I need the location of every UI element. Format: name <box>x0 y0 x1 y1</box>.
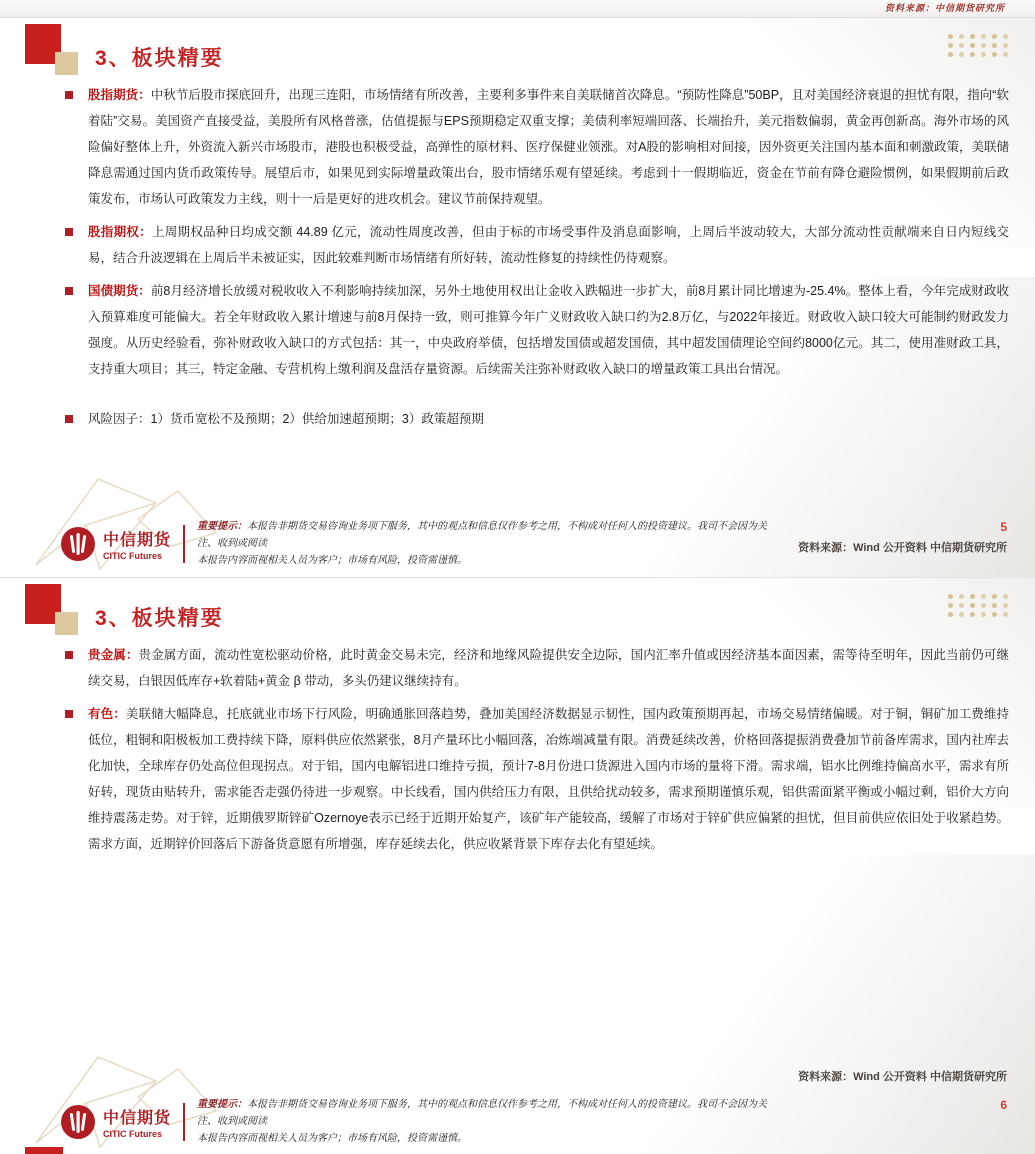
page-content: 股指期货：中秋节后股市探底回升，出现三连阳，市场情绪有所改善，主要利多事件来自美… <box>0 74 1035 432</box>
data-source: 资料来源：Wind 公开资料 中信期货研究所 <box>782 539 1007 555</box>
page-content: 贵金属：贵金属方面，流动性宽松驱动价格，此时黄金交易未完，经济和地缘风险提供安全… <box>0 634 1035 857</box>
disclaimer-label: 重要提示： <box>197 1099 247 1110</box>
disclaimer: 重要提示：本报告非期货交易咨询业务项下服务，其中的观点和信息仅作参考之用，不构成… <box>197 518 782 569</box>
report-page-6: 3、板块精要 贵金属：贵金属方面，流动性宽松驱动价格，此时黄金交易未完，经济和地… <box>0 577 1035 1154</box>
bullet-non-ferrous-metals: 有色：美联储大幅降息，托底就业市场下行风险，明确通胀回落趋势，叠加美国经济数据显… <box>88 701 1009 857</box>
bullet-treasury-futures: 国债期货：前8月经济增长放缓对税收收入不利影响持续加深，另外土地使用权出让金收入… <box>88 278 1009 382</box>
disclaimer-line2: 本报告内容而视相关人员为客户；市场有风险，投资需谨慎。 <box>197 1133 467 1144</box>
bullet-lead: 贵金属： <box>88 648 138 662</box>
bullet-text: 美联储大幅降息，托底就业市场下行风险，明确通胀回落趋势，叠加美国经济数据显示韧性… <box>88 707 1009 851</box>
bullet-square-icon <box>65 91 73 99</box>
section-title-block: 3、板块精要 <box>0 18 1035 74</box>
bullet-stock-index-futures: 股指期货：中秋节后股市探底回升，出现三连阳，市场情绪有所改善，主要利多事件来自美… <box>88 82 1009 212</box>
brand-name-cn: 中信期货 <box>103 1105 171 1128</box>
bullet-text: 上周期权品种日均成交额 44.89 亿元，流动性周度改善，但由于标的市场受事件及… <box>88 225 1009 265</box>
citic-futures-logo: 中信期货 CITIC Futures <box>60 526 171 562</box>
bullet-lead: 国债期货： <box>88 284 151 298</box>
title-beige-square-decoration <box>55 612 78 635</box>
disclaimer: 重要提示：本报告非期货交易咨询业务项下服务，其中的观点和信息仅作参考之用，不构成… <box>197 1096 782 1147</box>
bullet-text: 中秋节后股市探底回升，出现三连阳，市场情绪有所改善，主要利多事件来自美联储首次降… <box>88 88 1009 206</box>
next-page-red-square-decoration <box>25 1147 63 1154</box>
bullet-square-icon <box>65 228 73 236</box>
section-title: 3、板块精要 <box>95 42 224 72</box>
title-beige-square-decoration <box>55 52 78 75</box>
bullet-text: 前8月经济增长放缓对税收收入不利影响持续加深，另外土地使用权出让金收入跌幅进一步… <box>88 284 1009 376</box>
disclaimer-label: 重要提示： <box>197 521 247 532</box>
data-source: 资料来源：Wind 公开资料 中信期货研究所 <box>60 1068 1007 1084</box>
disclaimer-line1: 本报告非期货交易咨询业务项下服务，其中的观点和信息仅作参考之用，不构成对任何人的… <box>197 1099 767 1127</box>
bullet-square-icon <box>65 287 73 295</box>
bullet-lead: 有色： <box>88 707 126 721</box>
citic-futures-logo: 中信期货 CITIC Futures <box>60 1104 171 1140</box>
bullet-text: 贵金属方面，流动性宽松驱动价格，此时黄金交易未完，经济和地缘风险提供安全边际，国… <box>88 648 1009 688</box>
citic-logo-icon <box>60 1104 96 1140</box>
bullet-square-icon <box>65 710 73 718</box>
bullet-lead: 股指期货： <box>88 88 151 102</box>
report-page-5: 3、板块精要 股指期货：中秋节后股市探底回升，出现三连阳，市场情绪有所改善，主要… <box>0 18 1035 577</box>
bullet-square-icon <box>65 415 73 423</box>
page-number: 5 <box>782 520 1007 534</box>
brand-name-cn: 中信期货 <box>103 527 171 550</box>
bullet-text: 风险因子：1）货币宽松不及预期；2）供给加速超预期；3）政策超预期 <box>88 412 484 426</box>
disclaimer-line2: 本报告内容而视相关人员为客户；市场有风险，投资需谨慎。 <box>197 555 467 566</box>
footer-divider <box>183 1103 185 1141</box>
brand-name-en: CITIC Futures <box>103 551 171 561</box>
bullet-lead: 股指期权： <box>88 225 152 239</box>
footer-divider <box>183 525 185 563</box>
source-note: 资料来源：中信期货研究所 <box>885 1 1005 14</box>
disclaimer-line1: 本报告非期货交易咨询业务项下服务，其中的观点和信息仅作参考之用，不构成对任何人的… <box>197 521 767 549</box>
bullet-risk-factors: 风险因子：1）货币宽松不及预期；2）供给加速超预期；3）政策超预期 <box>88 406 1009 432</box>
section-title: 3、板块精要 <box>95 602 224 632</box>
previous-page-footer-strip: 资料来源：中信期货研究所 <box>0 0 1035 18</box>
section-title-block: 3、板块精要 <box>0 578 1035 634</box>
bullet-precious-metals: 贵金属：贵金属方面，流动性宽松驱动价格，此时黄金交易未完，经济和地缘风险提供安全… <box>88 642 1009 694</box>
bullet-stock-index-options: 股指期权：上周期权品种日均成交额 44.89 亿元，流动性周度改善，但由于标的市… <box>88 219 1009 271</box>
page-number: 6 <box>782 1098 1007 1112</box>
brand-name-en: CITIC Futures <box>103 1129 171 1139</box>
dot-grid-icon <box>948 594 1008 617</box>
bullet-square-icon <box>65 651 73 659</box>
citic-logo-icon <box>60 526 96 562</box>
dot-grid-icon <box>948 34 1008 57</box>
page-footer: 中信期货 CITIC Futures 重要提示：本报告非期货交易咨询业务项下服务… <box>0 518 1035 569</box>
page-footer: 资料来源：Wind 公开资料 中信期货研究所 中信期货 CITIC Future… <box>0 1068 1035 1147</box>
